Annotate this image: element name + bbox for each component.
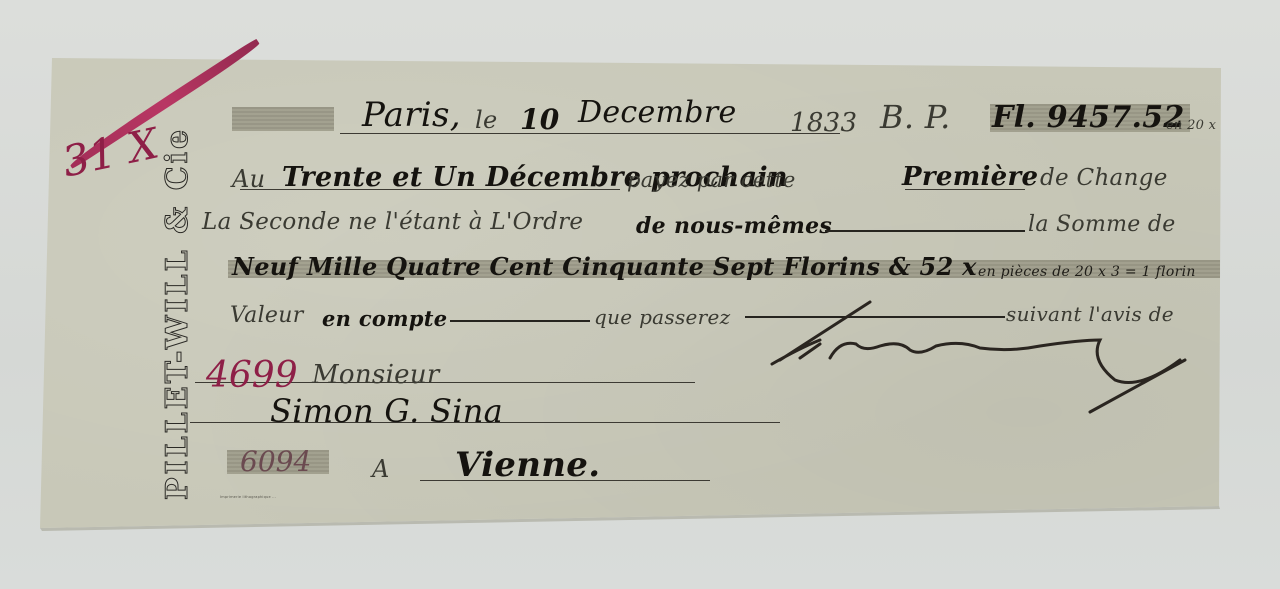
addressee-title: Monsieur (312, 360, 440, 390)
copy-underline (905, 189, 1025, 190)
line1-underline (240, 189, 620, 190)
line1-suffix: de Change (1040, 165, 1168, 191)
date-day: 10 (520, 103, 560, 136)
value-type: en compte (322, 306, 447, 331)
value-fill (450, 320, 590, 322)
line2-suffix: la Somme de (1028, 212, 1176, 237)
order-payee: de nous-mêmes (636, 213, 832, 239)
firm-name-vertical: PILLET-WILL & Cie (160, 127, 195, 500)
addressee-city: Vienne. (455, 445, 600, 485)
addressee-a: A (372, 455, 390, 483)
amount-in-words: Neuf Mille Quatre Cent Cinquante Sept Fl… (232, 252, 977, 281)
place: Paris, (362, 95, 461, 135)
amount-words-suffix: en pièces de 20 x 3 = 1 florin (978, 264, 1196, 280)
bp-label: B. P. (880, 98, 951, 136)
date-underline (340, 133, 840, 134)
amount-suffix: en 20 x (1166, 118, 1216, 133)
line2-text: La Seconde ne l'étant à L'Ordre (202, 209, 583, 235)
signature-text: Pillet-Will (1000, 400, 1008, 401)
date-month: Decembre (578, 95, 737, 130)
reference-number: 6094 (240, 445, 311, 478)
value-prefix: Valeur (230, 303, 304, 328)
date-le: le (475, 106, 497, 134)
line1-text: payez par cette (627, 168, 796, 192)
copy-designation: Première (902, 162, 1038, 192)
header-left-band (232, 107, 334, 131)
addressee-name: Simon G. Sina (270, 392, 503, 430)
line2-fill (825, 230, 1025, 232)
red-number: 4699 (206, 355, 298, 396)
value-middle: que passerez (594, 305, 731, 329)
date-year: 1833 (790, 108, 857, 138)
printer-imprint: Imprimerie lithographique ... (220, 495, 276, 499)
amount-figure: Fl. 9457.52 (992, 100, 1185, 135)
signature-flourish (760, 300, 1200, 420)
